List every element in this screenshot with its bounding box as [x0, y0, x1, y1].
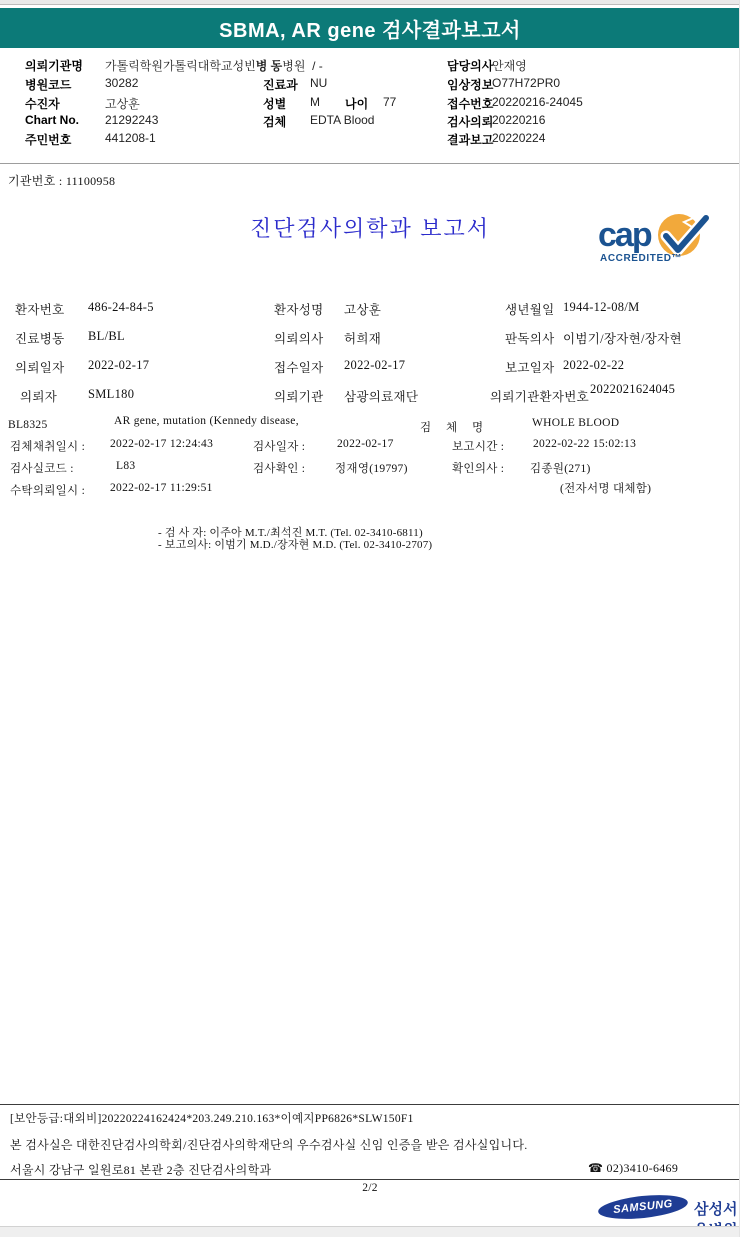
dept-value: NU	[310, 76, 327, 90]
ward-value: / -	[312, 59, 323, 73]
request-value: 20220216	[492, 113, 545, 127]
specimen-label: 검체	[263, 113, 286, 130]
cap-accredited-logo: cap ACCREDITED™	[598, 220, 713, 270]
doctor-value: 안재영	[492, 57, 527, 74]
field-label: 환자성명	[274, 300, 324, 318]
clinical-label: 임상정보	[447, 76, 493, 93]
collected-value: 2022-02-17 12:24:43	[110, 438, 213, 450]
dept-label: 진료과	[263, 76, 298, 93]
security-line: [보안등급:대외비]20220224162424*203.249.210.163…	[10, 1110, 414, 1126]
field-value: 1944-12-08/M	[563, 300, 640, 315]
field-label: 보고일자	[505, 358, 555, 376]
sex-label: 성별	[263, 95, 286, 112]
cap-accredited-label: ACCREDITED™	[600, 253, 682, 264]
test-name: AR gene, mutation (Kennedy disease,	[114, 415, 299, 427]
receipt-value: 20220216-24045	[492, 95, 583, 109]
accreditation-line: 본 검사실은 대한진단검사의학회/진단검사의학재단의 우수검사실 신임 인증을 …	[10, 1136, 528, 1153]
report-date-value: 20220224	[492, 131, 545, 145]
doctor-label: 담당의사	[447, 57, 493, 74]
request-label: 검사의뢰	[447, 113, 493, 130]
age-label: 나이	[345, 95, 368, 112]
test-date-label: 검사일자 :	[253, 438, 305, 454]
org-value: 가톨릭학원가톨릭대학교성빈병 동병원 / -	[105, 57, 323, 74]
clinical-value: O77H72PR0	[492, 76, 560, 90]
divider	[0, 163, 740, 164]
footer-divider	[0, 1104, 740, 1105]
ward-label: 병 동	[256, 59, 283, 73]
age-value: 77	[383, 95, 396, 109]
field-value: BL/BL	[88, 329, 125, 344]
bottom-window-strip	[0, 1226, 740, 1237]
field-value: 삼광의료재단	[344, 387, 418, 405]
field-value: 2022021624045	[590, 383, 682, 396]
hospital-code-value: 30282	[105, 76, 138, 90]
verified-label: 검사확인 :	[253, 460, 305, 476]
field-value: 이범기/장자현/장자현	[563, 329, 682, 347]
org-number: 기관번호 : 11100958	[8, 172, 115, 189]
field-label: 생년월일	[505, 300, 555, 318]
field-label: 의뢰의사	[274, 329, 324, 347]
sex-value: M	[310, 95, 320, 109]
specimen-value: EDTA Blood	[310, 113, 374, 127]
hospital-logo: SAMSUNG 삼성서울병원	[598, 1194, 738, 1220]
field-label: 의뢰기관환자번호	[490, 387, 589, 405]
field-value: 2022-02-17	[344, 358, 405, 373]
page-number: 2/2	[0, 1182, 740, 1194]
patient-value: 고상훈	[105, 95, 140, 112]
page-divider	[0, 1179, 740, 1180]
specimen-name-label: 검 체 명	[420, 419, 489, 435]
resident-no-value: 441208-1	[105, 131, 156, 145]
test-code: BL8325	[8, 419, 48, 431]
field-value: 허희재	[344, 329, 381, 347]
esign-note: (전자서명 대체함)	[560, 480, 651, 496]
entrusted-value: 2022-02-17 11:29:51	[110, 482, 213, 494]
field-label: 의뢰일자	[15, 358, 65, 376]
top-window-strip	[0, 0, 740, 5]
address-line: 서울시 강남구 일원로81 본관 2층 진단검사의학과	[10, 1161, 271, 1178]
banner-title: SBMA, AR gene 검사결과보고서	[219, 14, 521, 43]
report-page: SBMA, AR gene 검사결과보고서 의뢰기관명 가톨릭학원가톨릭대학교성…	[0, 0, 740, 1237]
collected-label: 검체채취일시 :	[10, 438, 85, 454]
confirm-doctor-label: 확인의사 :	[452, 460, 504, 476]
field-label: 접수일자	[274, 358, 324, 376]
chart-no-label: Chart No.	[25, 113, 79, 127]
lab-code-value: L83	[116, 460, 135, 472]
field-value: 고상훈	[344, 300, 381, 318]
report-banner: SBMA, AR gene 검사결과보고서	[0, 8, 740, 48]
org-label: 의뢰기관명	[25, 57, 83, 74]
report-time-value: 2022-02-22 15:02:13	[533, 438, 636, 450]
receipt-label: 접수번호	[447, 95, 493, 112]
field-value: 2022-02-22	[563, 358, 624, 373]
field-label: 의뢰기관	[274, 387, 324, 405]
chart-no-value: 21292243	[105, 113, 158, 127]
report-date-label: 결과보고	[447, 131, 493, 148]
phone-number: ☎ 02)3410-6469	[588, 1161, 678, 1176]
cap-logo-text: cap	[598, 220, 651, 250]
field-label: 판독의사	[505, 329, 555, 347]
field-value: 2022-02-17	[88, 358, 149, 373]
patient-label: 수진자	[25, 95, 60, 112]
reporter-signature: - 보고의사: 이범기 M.D./장자현 M.D. (Tel. 02-3410-…	[158, 536, 432, 552]
field-label: 의뢰자	[20, 387, 57, 405]
report-time-label: 보고시간 :	[452, 438, 504, 454]
samsung-logo-icon: SAMSUNG	[597, 1191, 689, 1222]
confirm-doctor-value: 김종원(271)	[530, 460, 591, 476]
field-label: 환자번호	[15, 300, 65, 318]
field-label: 진료병동	[15, 329, 65, 347]
entrusted-label: 수탁의뢰일시 :	[10, 482, 85, 498]
field-value: SML180	[88, 387, 134, 402]
field-value: 486-24-84-5	[88, 300, 154, 315]
hospital-code-label: 병원코드	[25, 76, 71, 93]
resident-no-label: 주민번호	[25, 131, 71, 148]
test-date-value: 2022-02-17	[337, 438, 394, 450]
lab-code-label: 검사실코드 :	[10, 460, 74, 476]
specimen-name-value: WHOLE BLOOD	[532, 417, 619, 429]
verified-value: 정재영(19797)	[335, 460, 408, 476]
